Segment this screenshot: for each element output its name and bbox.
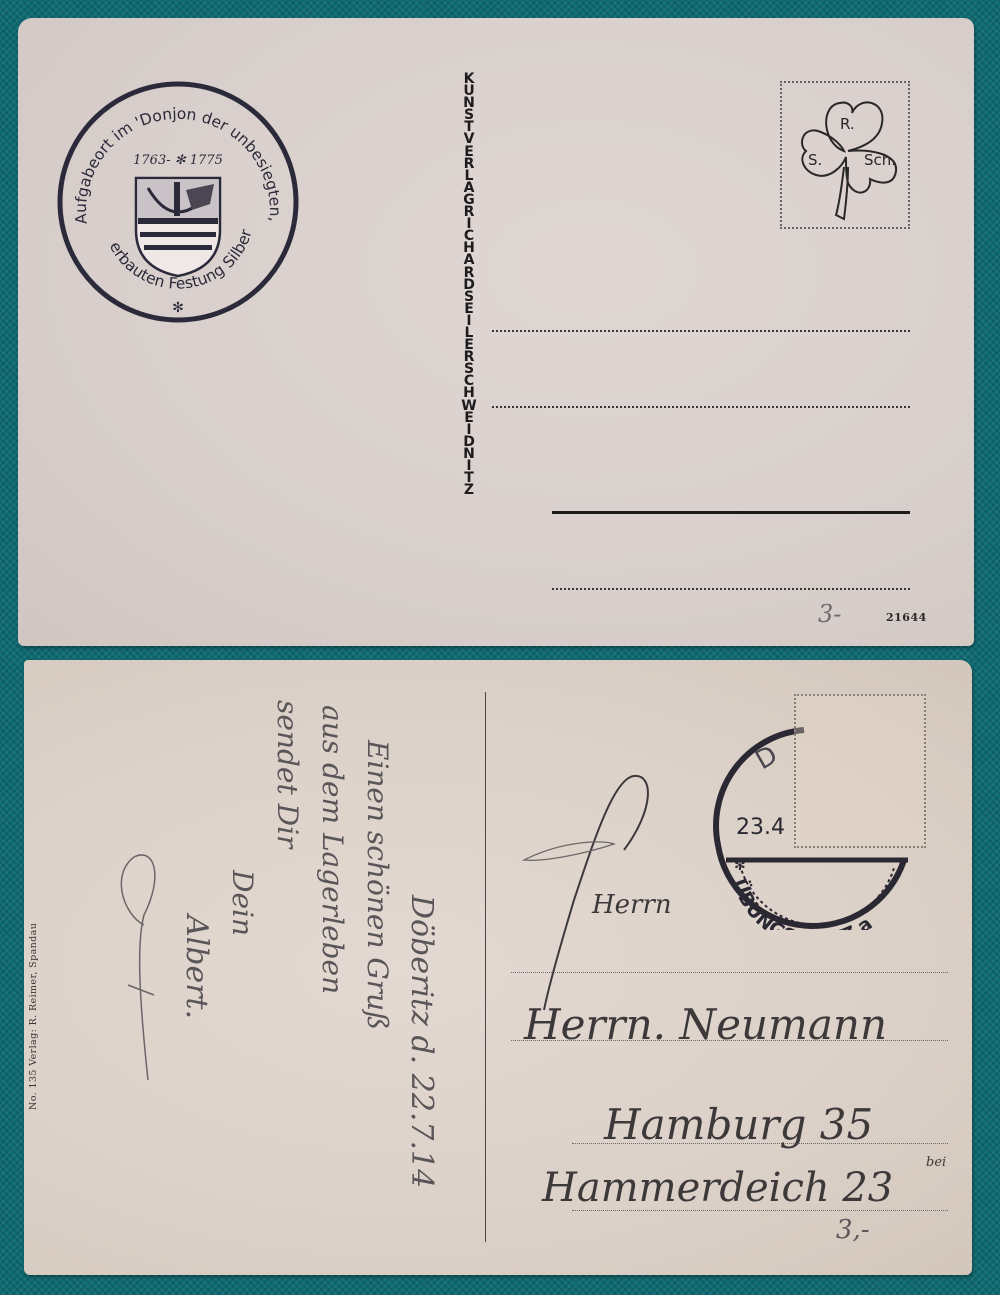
stamp-placeholder-box: R. S. Sch. (780, 81, 910, 229)
pencil-price: 3,- (836, 1215, 870, 1245)
postcard-bottom: No. 135 Verlag: R. Reimer, Spandau Döber… (24, 660, 972, 1275)
shamrock-icon: R. S. Sch. (782, 83, 908, 227)
address-salutation: Herrn (592, 890, 672, 920)
address-line-solid (552, 511, 910, 514)
message-line-3: sendet Dir (271, 700, 304, 848)
pencil-price: 3- (818, 600, 841, 628)
message-place-date: Döberitz d. 22.7.14 (404, 895, 439, 1188)
silberberg-seal: Aufgabeort im 'Donjon der unbesiegten, v… (56, 80, 300, 324)
postmark-bottom-text: ÜBUNGSPLATZ a (728, 875, 877, 930)
message-line-4: Dein (226, 870, 259, 936)
postmark-date: 23.4 (736, 815, 785, 840)
publisher-imprint-text: No. 135 Verlag: R. Reimer, Spandau (28, 923, 39, 1110)
postmark-star-icon: ✻ (734, 858, 746, 874)
seal-star-icon: ✻ (172, 300, 184, 316)
message-signature: Albert. (179, 915, 214, 1019)
message-line-1: Einen schönen Gruß (361, 740, 394, 1030)
card-divider-line (485, 692, 486, 1242)
serial-number: 21644 (886, 611, 927, 624)
message-line-2: aus dem Lagerleben (316, 705, 349, 994)
address-street-suffix: bei (926, 1155, 946, 1170)
svg-text:Sch.: Sch. (864, 151, 896, 169)
address-line-4 (552, 588, 910, 590)
postcard-top: Aufgabeort im 'Donjon der unbesiegten, v… (18, 18, 974, 646)
address-name: Herrn. Neumann (524, 1000, 887, 1049)
address-street: Hammerdeich 23 (542, 1165, 893, 1211)
coat-of-arms-icon (136, 178, 220, 276)
stamp-placeholder-box (794, 694, 926, 848)
address-line-2 (492, 406, 910, 408)
seal-years: 1763- ✻ 1775 (133, 153, 223, 168)
publisher-imprint-vertical: KUNSTVERLAGRICHARDSEILERSCHWEIDNITZ (458, 73, 480, 496)
address-line-1 (492, 330, 910, 332)
signature-flourish-icon (114, 845, 184, 1085)
svg-text:S.: S. (808, 151, 822, 169)
svg-text:R.: R. (840, 115, 855, 133)
address-city: Hamburg 35 (604, 1100, 873, 1149)
